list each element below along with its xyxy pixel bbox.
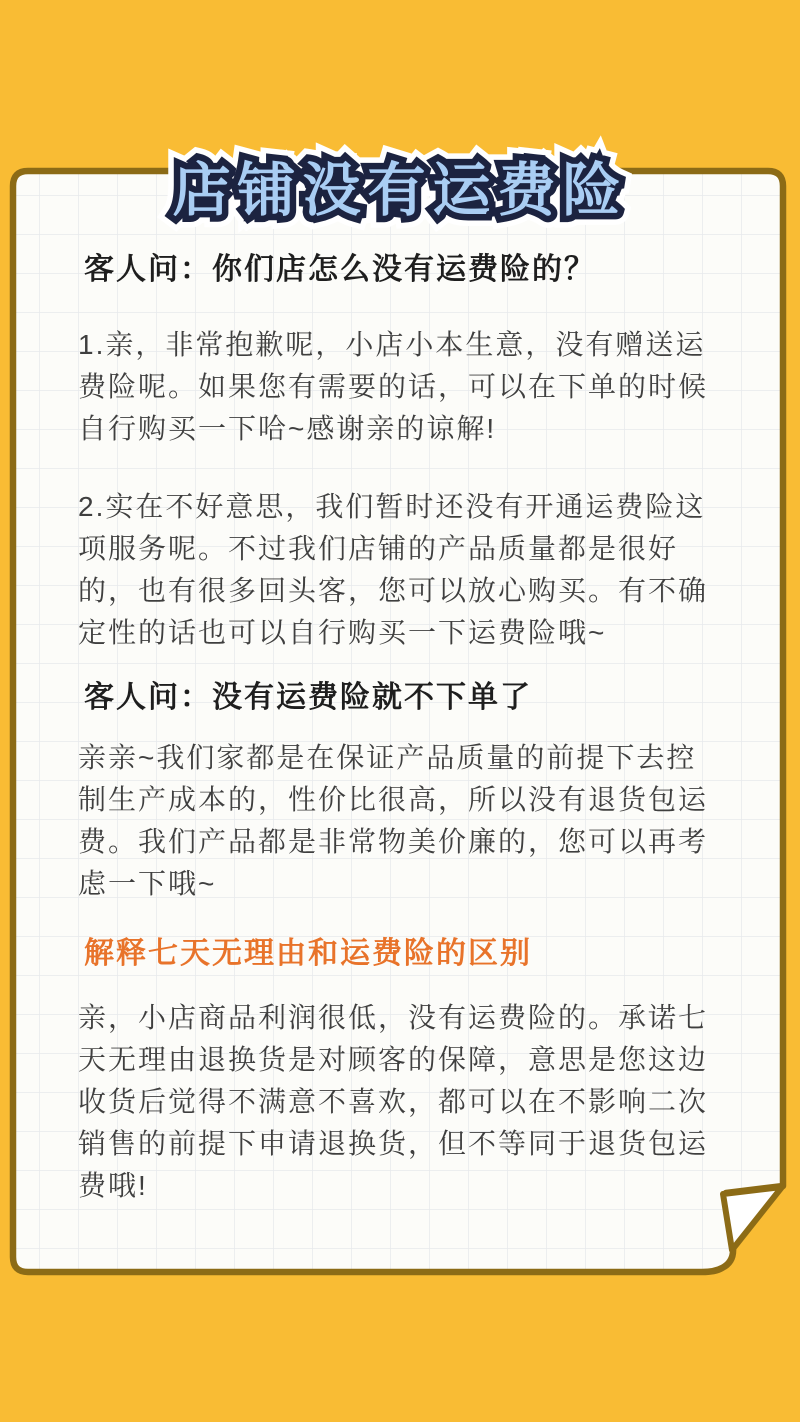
question-heading-2: 客人问：没有运费险就不下单了 [84, 680, 532, 716]
text-line: 虑一下哦~ [78, 863, 708, 905]
card-content: 店铺没有运费险 店铺没有运费险 店铺没有运费险 客人问：你们店怎么没有运费险的？… [0, 0, 800, 1422]
text-line: 自行购买一下哈~感谢亲的谅解! [78, 408, 708, 450]
text-line: 亲，小店商品利润很低，没有运费险的。承诺七 [78, 997, 708, 1039]
text-line: 收货后觉得不满意不喜欢，都可以在不影响二次 [78, 1081, 708, 1123]
answer-paragraph-3: 亲亲~我们家都是在保证产品质量的前提下去控 制生产成本的，性价比很高，所以没有退… [78, 737, 708, 905]
poster-title-text: 店铺没有运费险 [0, 150, 800, 230]
question-heading-1: 客人问：你们店怎么没有运费险的？ [84, 252, 596, 288]
poster-title-halo: 店铺没有运费险 [0, 150, 800, 230]
text-line: 项服务呢。不过我们店铺的产品质量都是很好 [78, 528, 708, 570]
text-line: 的，也有很多回头客，您可以放心购买。有不确 [78, 570, 708, 612]
text-line: 费险呢。如果您有需要的话，可以在下单的时候 [78, 366, 708, 408]
poster-title-outline: 店铺没有运费险 [0, 150, 800, 230]
answer-paragraph-1: 1.亲，非常抱歉呢，小店小本生意，没有赠送运 费险呢。如果您有需要的话，可以在下… [78, 324, 708, 450]
text-line: 制生产成本的，性价比很高，所以没有退货包运 [78, 779, 708, 821]
text-line: 费。我们产品都是非常物美价廉的，您可以再考 [78, 821, 708, 863]
text-line: 1.亲，非常抱歉呢，小店小本生意，没有赠送运 [78, 324, 708, 366]
text-line: 亲亲~我们家都是在保证产品质量的前提下去控 [78, 737, 708, 779]
text-line: 天无理由退换货是对顾客的保障，意思是您这边 [78, 1039, 708, 1081]
answer-paragraph-4: 亲，小店商品利润很低，没有运费险的。承诺七 天无理由退换货是对顾客的保障，意思是… [78, 997, 708, 1207]
text-line: 销售的前提下申请退换货，但不等同于退货包运 [78, 1123, 708, 1165]
text-line: 2.实在不好意思，我们暂时还没有开通运费险这 [78, 486, 708, 528]
poster-title: 店铺没有运费险 店铺没有运费险 店铺没有运费险 [0, 150, 800, 230]
text-line: 定性的话也可以自行购买一下运费险哦~ [78, 612, 708, 654]
answer-paragraph-2: 2.实在不好意思，我们暂时还没有开通运费险这 项服务呢。不过我们店铺的产品质量都… [78, 486, 708, 654]
text-line: 费哦! [78, 1165, 708, 1207]
highlight-heading: 解释七天无理由和运费险的区别 [84, 936, 532, 972]
